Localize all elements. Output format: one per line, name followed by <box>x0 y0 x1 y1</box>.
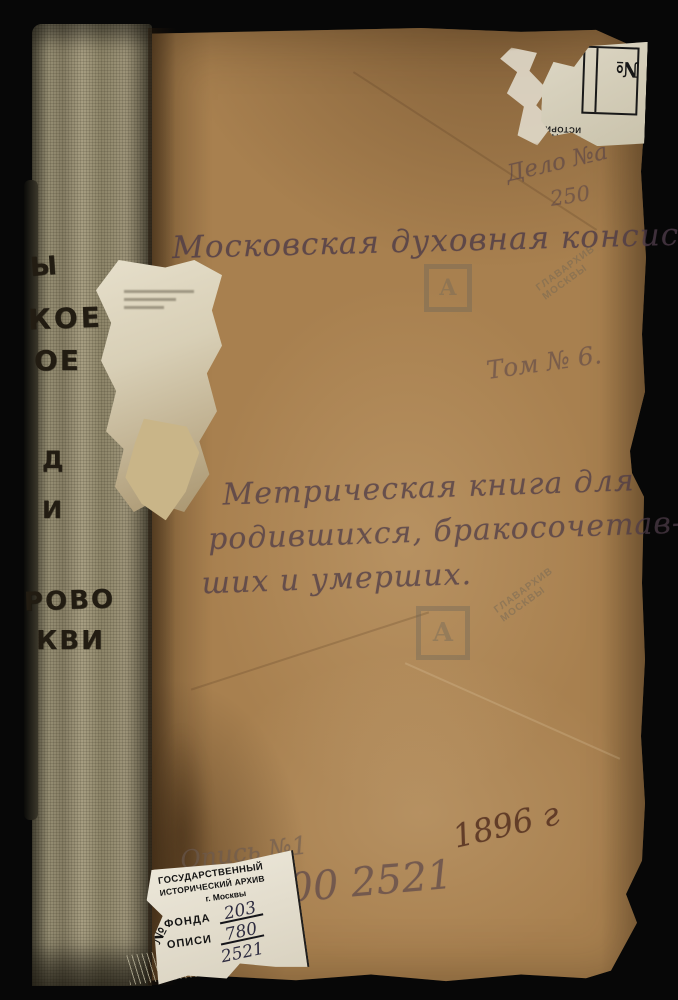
book-cover-photo: Ы КОЕ ОЕ Д И РОВО КВИ № ГОСУДА ИСТОРИ Де… <box>0 0 678 1000</box>
opis-label: ОПИСИ <box>166 933 212 951</box>
label-frame-divider <box>594 48 598 112</box>
spine-letter-fragment: КОЕ <box>27 301 103 337</box>
spine-letter-fragment: И <box>42 496 62 524</box>
archive-watermark-logo: А <box>424 264 472 312</box>
label-number-sign: № <box>616 57 640 83</box>
fond-label: ФОНДА <box>163 912 211 930</box>
spine-letter-fragment: РОВО <box>24 584 116 617</box>
spine-letter-fragment: КВИ <box>36 626 105 656</box>
faded-print-line <box>124 290 194 293</box>
spine-letter-fragment: Ы <box>29 251 58 283</box>
faded-print-line <box>124 298 176 301</box>
handwritten-title: Метрическая книга для родившихся, бракос… <box>198 458 678 607</box>
faded-print-line <box>124 306 164 309</box>
spine-letter-fragment: ОЕ <box>34 344 81 377</box>
spine-letter-fragment: Д <box>42 446 63 474</box>
archive-watermark-logo: А <box>416 606 470 660</box>
